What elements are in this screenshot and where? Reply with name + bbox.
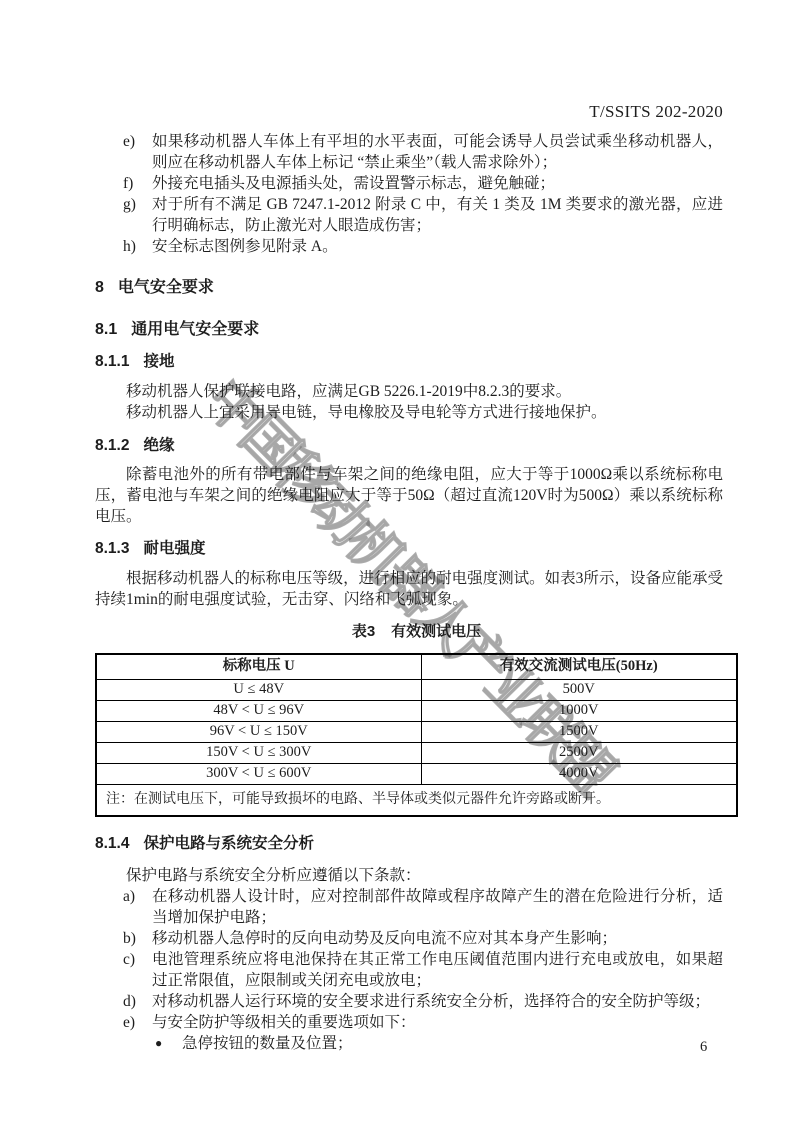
list-item-marker: g) bbox=[123, 194, 136, 215]
section-8-1-4-heading: 8.1.4保护电路与系统安全分析 bbox=[95, 833, 723, 854]
paragraph: 根据移动机器人的标称电压等级，进行相应的耐电强度测试。如表3所示，设备应能承受持… bbox=[95, 568, 723, 610]
list-item-marker: e) bbox=[123, 1012, 135, 1033]
section-number: 8.1.2 bbox=[95, 437, 129, 454]
list-item-text: 电池管理系统应将电池保持在其正常工作电压阈值范围内进行充电或放电，如果超过正常限… bbox=[152, 951, 723, 989]
table-note: 注：在测试电压下，可能导致损坏的电路、半导体或类似元器件允许旁路或断开。 bbox=[96, 784, 737, 816]
section-title: 接地 bbox=[143, 353, 174, 370]
list-item-text: 与安全防护等级相关的重要选项如下： bbox=[152, 1014, 416, 1031]
table-row: 150V < U ≤ 300V 2500V bbox=[96, 742, 737, 763]
list-item-text: 在移动机器人设计时，应对控制部件故障或程序故障产生的潜在危险进行分析，适当增加保… bbox=[152, 888, 723, 926]
table-cell: 4000V bbox=[421, 763, 737, 784]
list-item-marker: a) bbox=[123, 886, 135, 907]
table-cell: 96V < U ≤ 150V bbox=[96, 721, 421, 742]
table-header-row: 标称电压 U 有效交流测试电压(50Hz) bbox=[96, 654, 737, 679]
column-header: 有效交流测试电压(50Hz) bbox=[421, 654, 737, 679]
list-item-text: 移动机器人急停时的反向电动势及反向电流不应对其本身产生影响； bbox=[152, 930, 617, 947]
table-cell: U ≤ 48V bbox=[96, 679, 421, 700]
list-item-text: 安全标志图例参见附录 A。 bbox=[152, 238, 338, 255]
list-item: c) 电池管理系统应将电池保持在其正常工作电压阈值范围内进行充电或放电，如果超过… bbox=[95, 949, 723, 991]
table-row: 48V < U ≤ 96V 1000V bbox=[96, 700, 737, 721]
section-title: 耐电强度 bbox=[143, 540, 205, 557]
bullet-icon: ● bbox=[155, 1033, 162, 1054]
list-item-marker: f) bbox=[123, 173, 133, 194]
section-8-1-1-heading: 8.1.1接地 bbox=[95, 351, 723, 372]
list-item: e) 与安全防护等级相关的重要选项如下： bbox=[95, 1012, 723, 1033]
table-cell: 300V < U ≤ 600V bbox=[96, 763, 421, 784]
list-item-marker: h) bbox=[123, 236, 136, 257]
section-title: 通用电气安全要求 bbox=[131, 321, 259, 338]
table3-effective-test-voltage: 标称电压 U 有效交流测试电压(50Hz) U ≤ 48V 500V 48V <… bbox=[95, 653, 738, 817]
table-cell: 500V bbox=[421, 679, 737, 700]
list-item-marker: e) bbox=[123, 131, 135, 152]
page-number: 6 bbox=[700, 1039, 707, 1056]
list-item: f) 外接充电插头及电源插头处，需设置警示标志，避免触碰； bbox=[95, 173, 723, 194]
list-item-text: 对于所有不满足 GB 7247.1-2012 附录 C 中，有关 1 类及 1M… bbox=[152, 196, 723, 234]
section-number: 8.1.3 bbox=[95, 540, 129, 557]
table-cell: 48V < U ≤ 96V bbox=[96, 700, 421, 721]
paragraph: 移动机器人上宜采用导电链，导电橡胶及导电轮等方式进行接地保护。 bbox=[95, 402, 723, 423]
section-title: 绝缘 bbox=[143, 437, 174, 454]
section-number: 8.1 bbox=[95, 321, 117, 338]
sub-bullet-text: 急停按钮的数量及位置； bbox=[182, 1035, 353, 1052]
paragraph: 移动机器人保护联接电路，应满足GB 5226.1-2019中8.2.3的要求。 bbox=[95, 381, 723, 402]
table-cell: 1000V bbox=[421, 700, 737, 721]
sub-bullet-item: ● 急停按钮的数量及位置； bbox=[95, 1033, 723, 1054]
section-8-heading: 8电气安全要求 bbox=[95, 277, 723, 298]
table-note-row: 注：在测试电压下，可能导致损坏的电路、半导体或类似元器件允许旁路或断开。 bbox=[96, 784, 737, 816]
list-item: h) 安全标志图例参见附录 A。 bbox=[95, 236, 723, 257]
document-page: 中国移动机器人产业联盟 T/SSITS 202-2020 e) 如果移动机器人车… bbox=[0, 0, 800, 1132]
list-item-marker: d) bbox=[123, 991, 136, 1012]
list-item-text: 如果移动机器人车体上有平坦的水平表面，可能会诱导人员尝试乘坐移动机器人，则应在移… bbox=[152, 133, 723, 171]
section-8-1-heading: 8.1通用电气安全要求 bbox=[95, 319, 723, 340]
table3-caption-label: 表3 bbox=[352, 623, 375, 640]
paragraph: 除蓄电池外的所有带电部件与车架之间的绝缘电阻，应大于等于1000Ω乘以系统标称电… bbox=[95, 464, 723, 527]
list-item-marker: c) bbox=[123, 949, 135, 970]
list-item-text: 外接充电插头及电源插头处，需设置警示标志，避免触碰； bbox=[152, 175, 555, 192]
list-item: b) 移动机器人急停时的反向电动势及反向电流不应对其本身产生影响； bbox=[95, 928, 723, 949]
section-title: 电气安全要求 bbox=[118, 279, 214, 296]
table-row: U ≤ 48V 500V bbox=[96, 679, 737, 700]
clause-list-8-1-4: a) 在移动机器人设计时，应对控制部件故障或程序故障产生的潜在危险进行分析，适当… bbox=[95, 886, 723, 1054]
section-8-1-2-heading: 8.1.2绝缘 bbox=[95, 435, 723, 456]
list-item: g) 对于所有不满足 GB 7247.1-2012 附录 C 中，有关 1 类及… bbox=[95, 194, 723, 236]
table3-caption-title: 有效测试电压 bbox=[391, 623, 481, 640]
paragraph: 保护电路与系统安全分析应遵循以下条款： bbox=[95, 865, 723, 886]
table-cell: 1500V bbox=[421, 721, 737, 742]
list-item-marker: b) bbox=[123, 928, 136, 949]
table-row: 300V < U ≤ 600V 4000V bbox=[96, 763, 737, 784]
section-8-1-1-body: 移动机器人保护联接电路，应满足GB 5226.1-2019中8.2.3的要求。 … bbox=[95, 381, 723, 423]
list-item: d) 对移动机器人运行环境的安全要求进行系统安全分析，选择符合的安全防护等级； bbox=[95, 991, 723, 1012]
section-number: 8.1.4 bbox=[95, 835, 129, 852]
table-row: 96V < U ≤ 150V 1500V bbox=[96, 721, 737, 742]
table-cell: 2500V bbox=[421, 742, 737, 763]
list-item: e) 如果移动机器人车体上有平坦的水平表面，可能会诱导人员尝试乘坐移动机器人，则… bbox=[95, 131, 723, 173]
section-number: 8 bbox=[95, 279, 104, 296]
list-item-text: 对移动机器人运行环境的安全要求进行系统安全分析，选择符合的安全防护等级； bbox=[152, 993, 710, 1010]
list-item: a) 在移动机器人设计时，应对控制部件故障或程序故障产生的潜在危险进行分析，适当… bbox=[95, 886, 723, 928]
section-number: 8.1.1 bbox=[95, 353, 129, 370]
clause-list-top: e) 如果移动机器人车体上有平坦的水平表面，可能会诱导人员尝试乘坐移动机器人，则… bbox=[95, 131, 723, 257]
document-code-header: T/SSITS 202-2020 bbox=[589, 102, 723, 122]
section-title: 保护电路与系统安全分析 bbox=[143, 835, 314, 852]
section-8-1-3-heading: 8.1.3耐电强度 bbox=[95, 538, 723, 559]
column-header: 标称电压 U bbox=[96, 654, 421, 679]
table3-caption: 表3有效测试电压 bbox=[95, 621, 738, 642]
table-cell: 150V < U ≤ 300V bbox=[96, 742, 421, 763]
page-content: e) 如果移动机器人车体上有平坦的水平表面，可能会诱导人员尝试乘坐移动机器人，则… bbox=[95, 131, 723, 1054]
